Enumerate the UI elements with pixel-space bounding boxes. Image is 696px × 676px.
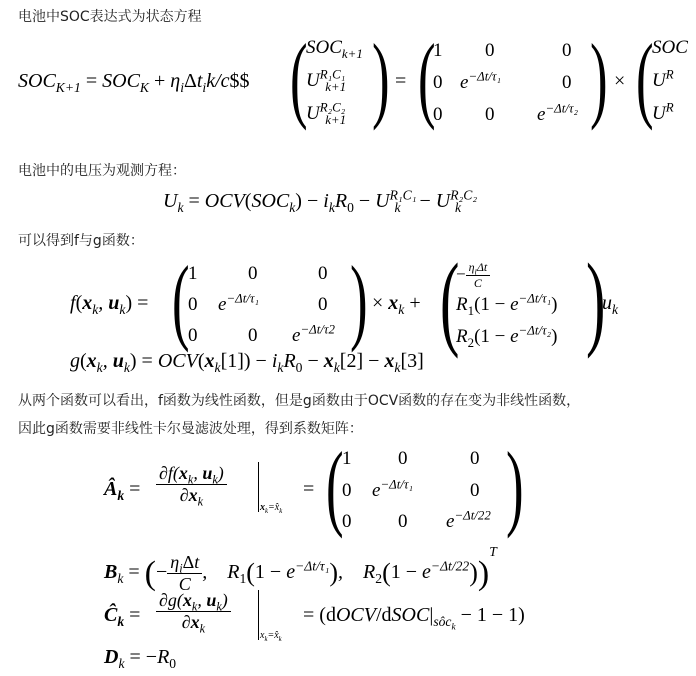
- evaluation-point: xk=x̂k: [260, 502, 282, 513]
- vector-entry: UR: [652, 103, 674, 125]
- a-label: Âk =: [104, 478, 140, 501]
- right-paren: ): [506, 438, 524, 534]
- matrix-cell: 1: [342, 448, 352, 470]
- matrix-cell: 0: [398, 511, 408, 533]
- input-u: uk: [602, 292, 618, 315]
- matrix-cell: 0: [470, 480, 480, 502]
- vector-entry: R1(1 − e−Δt/τ₁): [456, 294, 557, 316]
- matrix-cell: 0: [433, 72, 443, 94]
- evaluation-bar: [258, 590, 259, 640]
- paragraph-observation-intro: 电池中的电压为观测方程：: [18, 160, 186, 180]
- matrix-cell: 1: [433, 40, 443, 62]
- vector-entry: −ηiΔtC: [456, 260, 490, 291]
- g-function: g(xk, uk) = OCV(xk[1]) − ikR0 − xk[2] − …: [70, 350, 424, 373]
- left-paren: (: [636, 30, 654, 126]
- vector-entry: UR₁C₁k+1: [306, 70, 346, 92]
- matrix-cell: e−Δt/τ₂: [537, 104, 578, 126]
- paragraph-state-equation-intro: 电池中SOC表达式为状态方程: [18, 6, 202, 26]
- evaluation-point: xk=x̂k: [260, 630, 282, 641]
- c-fraction: ∂g(xk, uk)∂xk: [156, 590, 231, 633]
- matrix-cell: e−Δt/τ₁: [460, 72, 501, 94]
- times-sign: ×: [614, 70, 625, 93]
- a-fraction: ∂f(xk, uk)∂xk: [156, 463, 227, 506]
- c-row-value: = (dOCV/dSOC|sôck − 1 − 1): [303, 604, 525, 627]
- left-paren: (: [326, 438, 344, 534]
- d-equation: Dk = −R0: [104, 646, 176, 669]
- evaluation-bar: [258, 462, 259, 512]
- left-paren: (: [172, 252, 190, 348]
- observation-equation: Uk = OCV(SOCk) − ikR0 − UR₁C₁k − UR₂C₂k: [163, 190, 461, 213]
- matrix-cell: 0: [188, 294, 198, 316]
- matrix-cell: 0: [342, 480, 352, 502]
- right-paren: ): [350, 252, 368, 348]
- c-label: Ĉk =: [104, 604, 140, 627]
- b-vector-equation: Bk = (−ηiΔtC, R1(1 − e−Δt/τ₁), R2(1 − e−…: [104, 552, 497, 595]
- matrix-cell: 0: [318, 294, 328, 316]
- matrix-cell: 0: [433, 104, 443, 126]
- equals-sign: =: [395, 70, 406, 93]
- soc-update-expression: SOCK+1 = SOCK + ηiΔtik/c$$: [18, 70, 250, 93]
- matrix-cell: 0: [188, 325, 198, 347]
- matrix-cell: 1: [188, 263, 198, 285]
- matrix-cell: e−Δt/τ₁: [218, 294, 259, 316]
- matrix-cell: 0: [562, 72, 572, 94]
- f-middle: × xk +: [372, 292, 421, 315]
- matrix-cell: e−Δt/τ₁: [372, 480, 413, 502]
- right-paren: ): [590, 30, 608, 126]
- vector-entry: UR: [652, 70, 674, 92]
- vector-entry: SOCk+1: [306, 37, 363, 59]
- paragraph-fg-intro: 可以得到f与g函数：: [18, 230, 144, 250]
- matrix-cell: 0: [318, 263, 328, 285]
- vector-entry: R2(1 − e−Δt/τ₂): [456, 326, 557, 348]
- matrix-cell: 0: [398, 448, 408, 470]
- matrix-cell: 0: [485, 40, 495, 62]
- matrix-cell: 0: [248, 263, 258, 285]
- matrix-cell: 0: [562, 40, 572, 62]
- f-lhs: f(xk, uk) =: [70, 292, 148, 315]
- matrix-cell: 0: [470, 448, 480, 470]
- matrix-cell: e−Δt/22: [446, 511, 491, 533]
- vector-entry: UR₂C₂k+1: [306, 103, 346, 125]
- matrix-cell: 0: [485, 104, 495, 126]
- matrix-cell: 0: [342, 511, 352, 533]
- vector-entry: SOC: [652, 37, 688, 59]
- left-paren: (: [290, 30, 308, 126]
- equals-sign: =: [303, 478, 314, 501]
- matrix-cell: 0: [248, 325, 258, 347]
- paragraph-linearity-note: 从两个函数可以看出，f函数为线性函数，但是g函数由于OCV函数的存在变为非线性函…: [18, 390, 580, 410]
- right-paren: ): [372, 30, 390, 126]
- matrix-cell: e−Δt/τ2: [292, 325, 335, 347]
- paragraph-ekf-note: 因此g函数需要非线性卡尔曼滤波处理，得到系数矩阵：: [18, 418, 363, 438]
